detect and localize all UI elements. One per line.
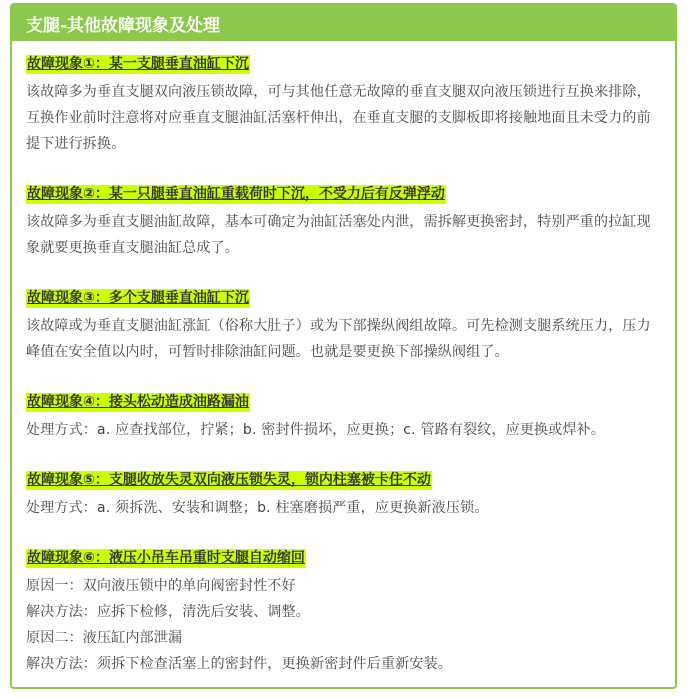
fault-card: 支腿-其他故障现象及处理 故障现象①：某一支腿垂直油缸下沉 该故障多为垂直支腿双… [10, 3, 677, 689]
fault-treatment: 处理方式：a. 应查找部位，拧紧；b. 密封件损坏，应更换；c. 管路有裂纹，应… [26, 417, 661, 443]
card-header: 支腿-其他故障现象及处理 [12, 5, 675, 41]
fault-section-5: 故障现象⑤：支腿收放失灵双向液压锁失灵，锁内柱塞被卡住不动 处理方式：a. 须拆… [26, 469, 661, 521]
fault-section-3: 故障现象③：多个支腿垂直油缸下沉 该故障或为垂直支腿油缸涨缸（俗称大肚子）或为下… [26, 287, 661, 365]
fault-section-6: 故障现象⑥：液压小吊车吊重时支腿自动缩回 原因一：双向液压锁中的单向阀密封性不好… [26, 547, 661, 677]
solution-one: 解决方法：应拆下检修，清洗后安装、调整。 [26, 599, 661, 625]
solution-two: 解决方法：须拆下检查活塞上的密封件，更换新密封件后重新安装。 [26, 651, 661, 677]
fault-heading: 故障现象⑥：液压小吊车吊重时支腿自动缩回 [26, 549, 306, 568]
cause-one: 原因一：双向液压锁中的单向阀密封性不好 [26, 573, 661, 599]
fault-description: 该故障或为垂直支腿油缸涨缸（俗称大肚子）或为下部操纵阀组故障。可先检测支腿系统压… [26, 313, 661, 365]
cause-two: 原因二：液压缸内部泄漏 [26, 625, 661, 651]
card-body: 故障现象①：某一支腿垂直油缸下沉 该故障多为垂直支腿双向液压锁故障，可与其他任意… [12, 41, 675, 677]
fault-section-4: 故障现象④：接头松动造成油路漏油 处理方式：a. 应查找部位，拧紧；b. 密封件… [26, 391, 661, 443]
fault-heading: 故障现象④：接头松动造成油路漏油 [26, 393, 250, 412]
fault-treatment: 处理方式：a. 须拆洗、安装和调整；b. 柱塞磨损严重，应更换新液压锁。 [26, 495, 661, 521]
fault-heading: 故障现象①：某一支腿垂直油缸下沉 [26, 55, 250, 74]
fault-heading: 故障现象⑤：支腿收放失灵双向液压锁失灵，锁内柱塞被卡住不动 [26, 471, 432, 490]
fault-heading: 故障现象②：某一只腿垂直油缸重载荷时下沉，不受力后有反弹浮动 [26, 185, 446, 204]
card-title: 支腿-其他故障现象及处理 [26, 11, 220, 36]
fault-description: 该故障多为垂直支腿油缸故障，基本可确定为油缸活塞处内泄，需拆解更换密封，特别严重… [26, 209, 661, 261]
fault-section-2: 故障现象②：某一只腿垂直油缸重载荷时下沉，不受力后有反弹浮动 该故障多为垂直支腿… [26, 183, 661, 261]
fault-description: 该故障多为垂直支腿双向液压锁故障，可与其他任意无故障的垂直支腿双向液压锁进行互换… [26, 79, 661, 157]
fault-heading: 故障现象③：多个支腿垂直油缸下沉 [26, 289, 250, 308]
fault-section-1: 故障现象①：某一支腿垂直油缸下沉 该故障多为垂直支腿双向液压锁故障，可与其他任意… [26, 53, 661, 157]
